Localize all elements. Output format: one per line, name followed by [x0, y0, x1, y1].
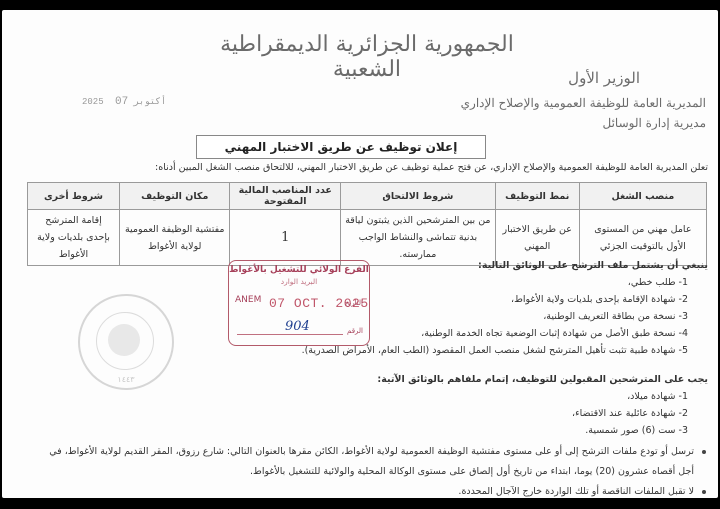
list-item: 1- شهادة ميلاد، [377, 391, 688, 402]
note-rejection-text: لا تقبل الملفات الناقصة أو تلك الواردة خ… [458, 486, 694, 497]
note-submission: ترسل أو تودع ملفات الترشح إلى أو على مست… [6, 446, 706, 457]
cell-position: عامل مهني من المستوى الأول بالتوقيت الجز… [579, 210, 706, 266]
cell-other: إقامة المترشح بإحدى بلديات ولاية الأغواط [28, 210, 120, 266]
list-item: 2- شهادة عائلية عند الاقتضاء، [377, 408, 688, 419]
list-item: 3- ست (6) صور شمسية. [377, 425, 688, 436]
stamp-number-label: الرقم [347, 327, 363, 335]
col-openings: عدد المناصب المالية المفتوحة [230, 183, 341, 210]
col-mode: نمط التوظيف [495, 183, 579, 210]
col-place: مكان التوظيف [120, 183, 230, 210]
list-item: 5- شهادة طبية تثبت تأهيل المترشح لشغل من… [302, 345, 688, 356]
official-seal-icon: ١٤٤٣ [78, 294, 174, 390]
accepted-docs-section: يجب على المترشحين المقبولين للتوظيف، إتم… [377, 374, 708, 442]
bullet-icon [702, 490, 706, 494]
cell-conditions: من بين المترشحين الذين يثبتون لياقة بدني… [341, 210, 496, 266]
seal-emblem [108, 324, 140, 356]
reception-stamp: الفرع الولائي للتشغيل بالأغواط البريد ال… [228, 260, 370, 346]
date-month: أكتوبر [134, 97, 167, 107]
stamp-number: 904 [285, 319, 310, 334]
table-row: عامل مهني من المستوى الأول بالتوقيت الجز… [28, 210, 707, 266]
document-page: الجمهورية الجزائرية الديمقراطية الشعبية … [2, 10, 718, 498]
stamp-date-label: التاريخ [345, 299, 363, 307]
announcement-intro: تعلن المديرية العامة للوظيفة العمومية وا… [8, 162, 708, 173]
announcement-title: إعلان توظيف عن طريق الاختبار المهني [196, 135, 486, 159]
job-table: منصب الشغل نمط التوظيف شروط الالتحاق عدد… [27, 182, 707, 266]
col-conditions: شروط الالتحاق [341, 183, 496, 210]
directorate-general: المديرية العامة للوظيفة العمومية والإصلا… [461, 96, 706, 110]
notes-section: ترسل أو تودع ملفات الترشح إلى أو على مست… [6, 446, 706, 498]
seal-year: ١٤٤٣ [80, 375, 172, 384]
accepted-docs-heading: يجب على المترشحين المقبولين للتوظيف، إتم… [377, 374, 708, 385]
col-position: منصب الشغل [579, 183, 706, 210]
note-submission-line1: ترسل أو تودع ملفات الترشح إلى أو على مست… [49, 446, 694, 457]
minister-heading: الوزير الأول [568, 69, 640, 87]
note-rejection: لا تقبل الملفات الناقصة أو تلك الواردة خ… [6, 486, 706, 497]
stamp-number-line [237, 334, 343, 335]
stamp-subtitle: البريد الوارد [229, 277, 369, 286]
col-other: شروط أخرى [28, 183, 120, 210]
date-stamp: 2025 أكتوبر 07 [82, 96, 166, 108]
bullet-icon [702, 450, 706, 454]
directorate: مديرية إدارة الوسائل [602, 116, 706, 130]
cell-mode: عن طريق الاختبار المهني [495, 210, 579, 266]
cell-openings: 1 [230, 210, 341, 266]
table-header-row: منصب الشغل نمط التوظيف شروط الالتحاق عدد… [28, 183, 707, 210]
date-day: 07 [115, 96, 128, 108]
republic-title: الجمهورية الجزائرية الديمقراطية الشعبية [212, 32, 522, 82]
anem-logo-icon: ANEM [235, 295, 261, 305]
date-year: 2025 [82, 97, 104, 107]
note-submission-cont: أجل أقصاه عشرون (20) يوما، ابتداء من تار… [6, 466, 706, 477]
stamp-title: الفرع الولائي للتشغيل بالأغواط [229, 265, 369, 275]
cell-place: مفتشية الوظيفة العمومية لولاية الأغواط [120, 210, 230, 266]
